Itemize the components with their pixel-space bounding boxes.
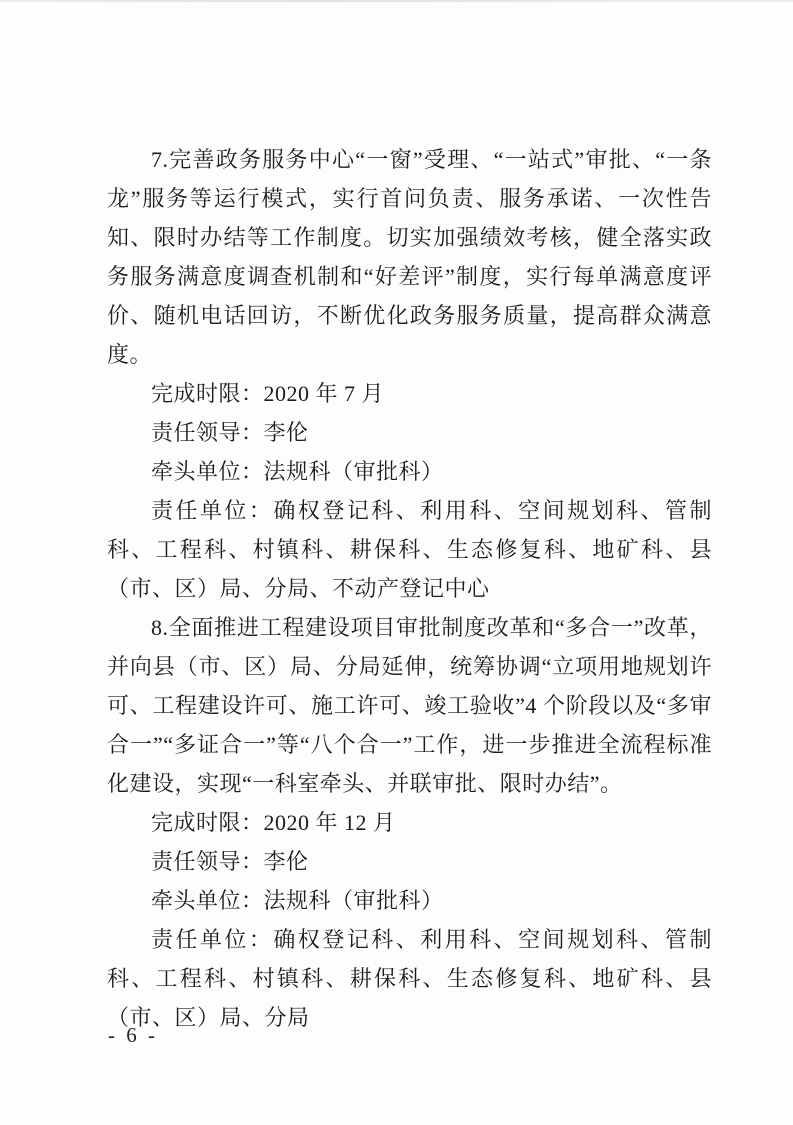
item-8-body: 8.全面推进工程建设项目审批制度改革和“多合一”改革，并向县（市、区）局、分局延… [107,608,712,803]
item-8-completion-time: 完成时限：2020 年 12 月 [107,803,712,842]
item-7-lead-unit: 牵头单位：法规科（审批科） [107,452,712,491]
item-8-responsible-units: 责任单位：确权登记科、利用科、空间规划科、管制科、工程科、村镇科、耕保科、生态修… [107,920,712,1037]
item-8-lead-unit: 牵头单位：法规科（审批科） [107,881,712,920]
item-7-responsible-units: 责任单位：确权登记科、利用科、空间规划科、管制科、工程科、村镇科、耕保科、生态修… [107,491,712,608]
document-page: 7.完善政务服务中心“一窗”受理、“一站式”审批、“一条龙”服务等运行模式，实行… [0,0,793,1125]
item-7-completion-time: 完成时限：2020 年 7 月 [107,374,712,413]
item-7-responsible-leader: 责任领导：李伦 [107,413,712,452]
scan-edge [0,0,793,2]
document-body: 7.完善政务服务中心“一窗”受理、“一站式”审批、“一条龙”服务等运行模式，实行… [107,140,712,1037]
item-7-body: 7.完善政务服务中心“一窗”受理、“一站式”审批、“一条龙”服务等运行模式，实行… [107,140,712,374]
page-number: - 6 - [108,1022,158,1048]
item-8-responsible-leader: 责任领导：李伦 [107,842,712,881]
